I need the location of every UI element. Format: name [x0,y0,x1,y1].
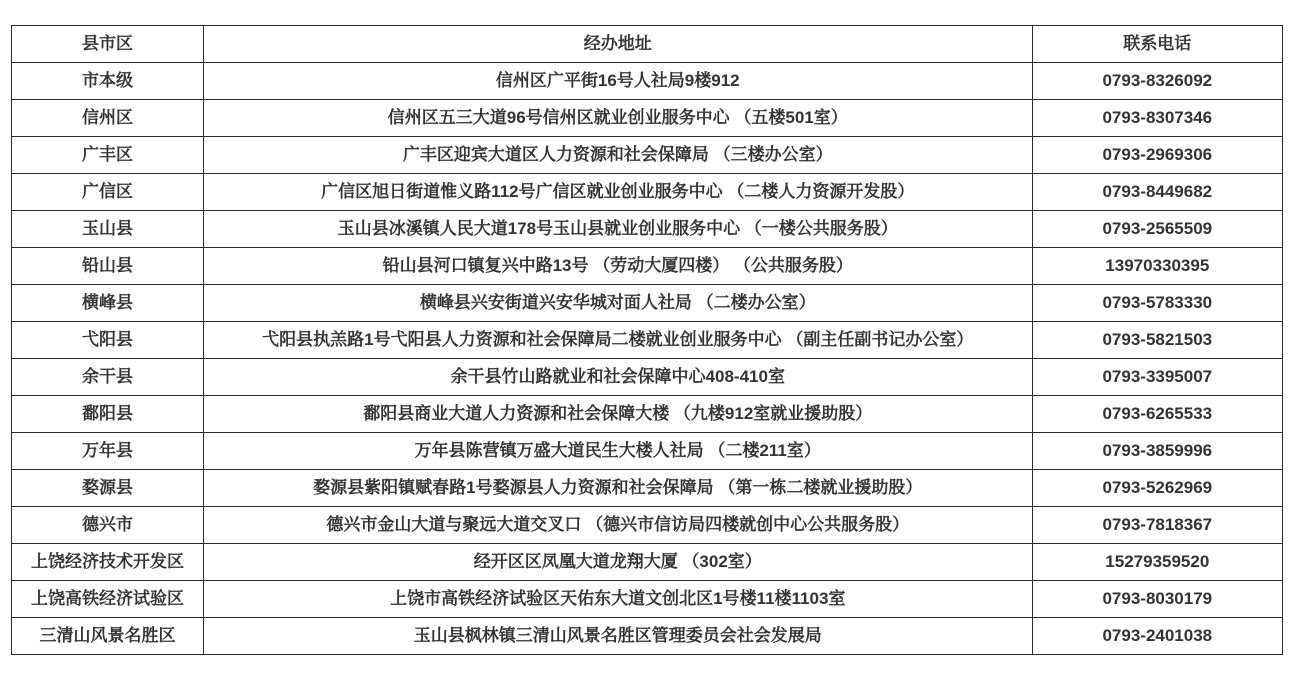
district-cell: 弋阳县 [12,322,204,359]
address-cell: 万年县陈营镇万盛大道民生大楼人社局 （二楼211室） [203,433,1032,470]
table-row: 弋阳县弋阳县执羔路1号弋阳县人力资源和社会保障局二楼就业创业服务中心 （副主任副… [12,322,1283,359]
district-cell: 铅山县 [12,248,204,285]
phone-cell: 0793-8030179 [1032,581,1282,618]
table-header: 县市区 经办地址 联系电话 [12,26,1283,63]
district-cell: 余干县 [12,359,204,396]
district-cell: 婺源县 [12,470,204,507]
table-row: 玉山县玉山县冰溪镇人民大道178号玉山县就业创业服务中心 （一楼公共服务股）07… [12,211,1283,248]
district-cell: 三清山风景名胜区 [12,618,204,655]
table-row: 广信区广信区旭日街道惟义路112号广信区就业创业服务中心 （二楼人力资源开发股）… [12,174,1283,211]
contact-table: 县市区 经办地址 联系电话 市本级信州区广平街16号人社局9楼9120793-8… [11,25,1283,655]
district-cell: 玉山县 [12,211,204,248]
table-row: 铅山县铅山县河口镇复兴中路13号 （劳动大厦四楼） （公共服务股）1397033… [12,248,1283,285]
phone-cell: 15279359520 [1032,544,1282,581]
address-cell: 玉山县冰溪镇人民大道178号玉山县就业创业服务中心 （一楼公共服务股） [203,211,1032,248]
district-cell: 上饶经济技术开发区 [12,544,204,581]
phone-cell: 13970330395 [1032,248,1282,285]
phone-cell: 0793-3859996 [1032,433,1282,470]
address-cell: 广丰区迎宾大道区人力资源和社会保障局 （三楼办公室） [203,137,1032,174]
district-cell: 信州区 [12,100,204,137]
address-cell: 德兴市金山大道与聚远大道交叉口 （德兴市信访局四楼就创中心公共服务股） [203,507,1032,544]
header-row: 县市区 经办地址 联系电话 [12,26,1283,63]
phone-cell: 0793-5262969 [1032,470,1282,507]
page: 县市区 经办地址 联系电话 市本级信州区广平街16号人社局9楼9120793-8… [0,0,1293,676]
address-cell: 鄱阳县商业大道人力资源和社会保障大楼 （九楼912室就业援助股） [203,396,1032,433]
table-row: 鄱阳县鄱阳县商业大道人力资源和社会保障大楼 （九楼912室就业援助股）0793-… [12,396,1283,433]
table-row: 三清山风景名胜区玉山县枫林镇三清山风景名胜区管理委员会社会发展局0793-240… [12,618,1283,655]
address-cell: 信州区广平街16号人社局9楼912 [203,63,1032,100]
phone-cell: 0793-6265533 [1032,396,1282,433]
district-cell: 上饶高铁经济试验区 [12,581,204,618]
table-body: 市本级信州区广平街16号人社局9楼9120793-8326092信州区信州区五三… [12,63,1283,655]
address-cell: 婺源县紫阳镇赋春路1号婺源县人力资源和社会保障局 （第一栋二楼就业援助股） [203,470,1032,507]
district-cell: 市本级 [12,63,204,100]
district-cell: 广信区 [12,174,204,211]
phone-cell: 0793-3395007 [1032,359,1282,396]
district-cell: 广丰区 [12,137,204,174]
header-district: 县市区 [12,26,204,63]
address-cell: 余干县竹山路就业和社会保障中心408-410室 [203,359,1032,396]
table-row: 上饶高铁经济试验区上饶市高铁经济试验区天佑东大道文创北区1号楼11楼1103室0… [12,581,1283,618]
address-cell: 经开区区凤凰大道龙翔大厦 （302室） [203,544,1032,581]
table-row: 广丰区广丰区迎宾大道区人力资源和社会保障局 （三楼办公室）0793-296930… [12,137,1283,174]
address-cell: 信州区五三大道96号信州区就业创业服务中心 （五楼501室） [203,100,1032,137]
table-row: 婺源县婺源县紫阳镇赋春路1号婺源县人力资源和社会保障局 （第一栋二楼就业援助股）… [12,470,1283,507]
district-cell: 万年县 [12,433,204,470]
header-phone: 联系电话 [1032,26,1282,63]
phone-cell: 0793-8307346 [1032,100,1282,137]
district-cell: 横峰县 [12,285,204,322]
table-row: 余干县余干县竹山路就业和社会保障中心408-410室0793-3395007 [12,359,1283,396]
table-row: 横峰县横峰县兴安街道兴安华城对面人社局 （二楼办公室）0793-5783330 [12,285,1283,322]
phone-cell: 0793-7818367 [1032,507,1282,544]
address-cell: 上饶市高铁经济试验区天佑东大道文创北区1号楼11楼1103室 [203,581,1032,618]
district-cell: 德兴市 [12,507,204,544]
address-cell: 铅山县河口镇复兴中路13号 （劳动大厦四楼） （公共服务股） [203,248,1032,285]
phone-cell: 0793-2565509 [1032,211,1282,248]
address-cell: 弋阳县执羔路1号弋阳县人力资源和社会保障局二楼就业创业服务中心 （副主任副书记办… [203,322,1032,359]
phone-cell: 0793-2969306 [1032,137,1282,174]
phone-cell: 0793-2401038 [1032,618,1282,655]
table-row: 万年县万年县陈营镇万盛大道民生大楼人社局 （二楼211室）0793-385999… [12,433,1283,470]
address-cell: 广信区旭日街道惟义路112号广信区就业创业服务中心 （二楼人力资源开发股） [203,174,1032,211]
phone-cell: 0793-8326092 [1032,63,1282,100]
district-cell: 鄱阳县 [12,396,204,433]
header-address: 经办地址 [203,26,1032,63]
address-cell: 横峰县兴安街道兴安华城对面人社局 （二楼办公室） [203,285,1032,322]
phone-cell: 0793-5821503 [1032,322,1282,359]
phone-cell: 0793-5783330 [1032,285,1282,322]
table-row: 信州区信州区五三大道96号信州区就业创业服务中心 （五楼501室）0793-83… [12,100,1283,137]
table-row: 德兴市德兴市金山大道与聚远大道交叉口 （德兴市信访局四楼就创中心公共服务股）07… [12,507,1283,544]
table-row: 上饶经济技术开发区经开区区凤凰大道龙翔大厦 （302室）15279359520 [12,544,1283,581]
phone-cell: 0793-8449682 [1032,174,1282,211]
table-row: 市本级信州区广平街16号人社局9楼9120793-8326092 [12,63,1283,100]
address-cell: 玉山县枫林镇三清山风景名胜区管理委员会社会发展局 [203,618,1032,655]
